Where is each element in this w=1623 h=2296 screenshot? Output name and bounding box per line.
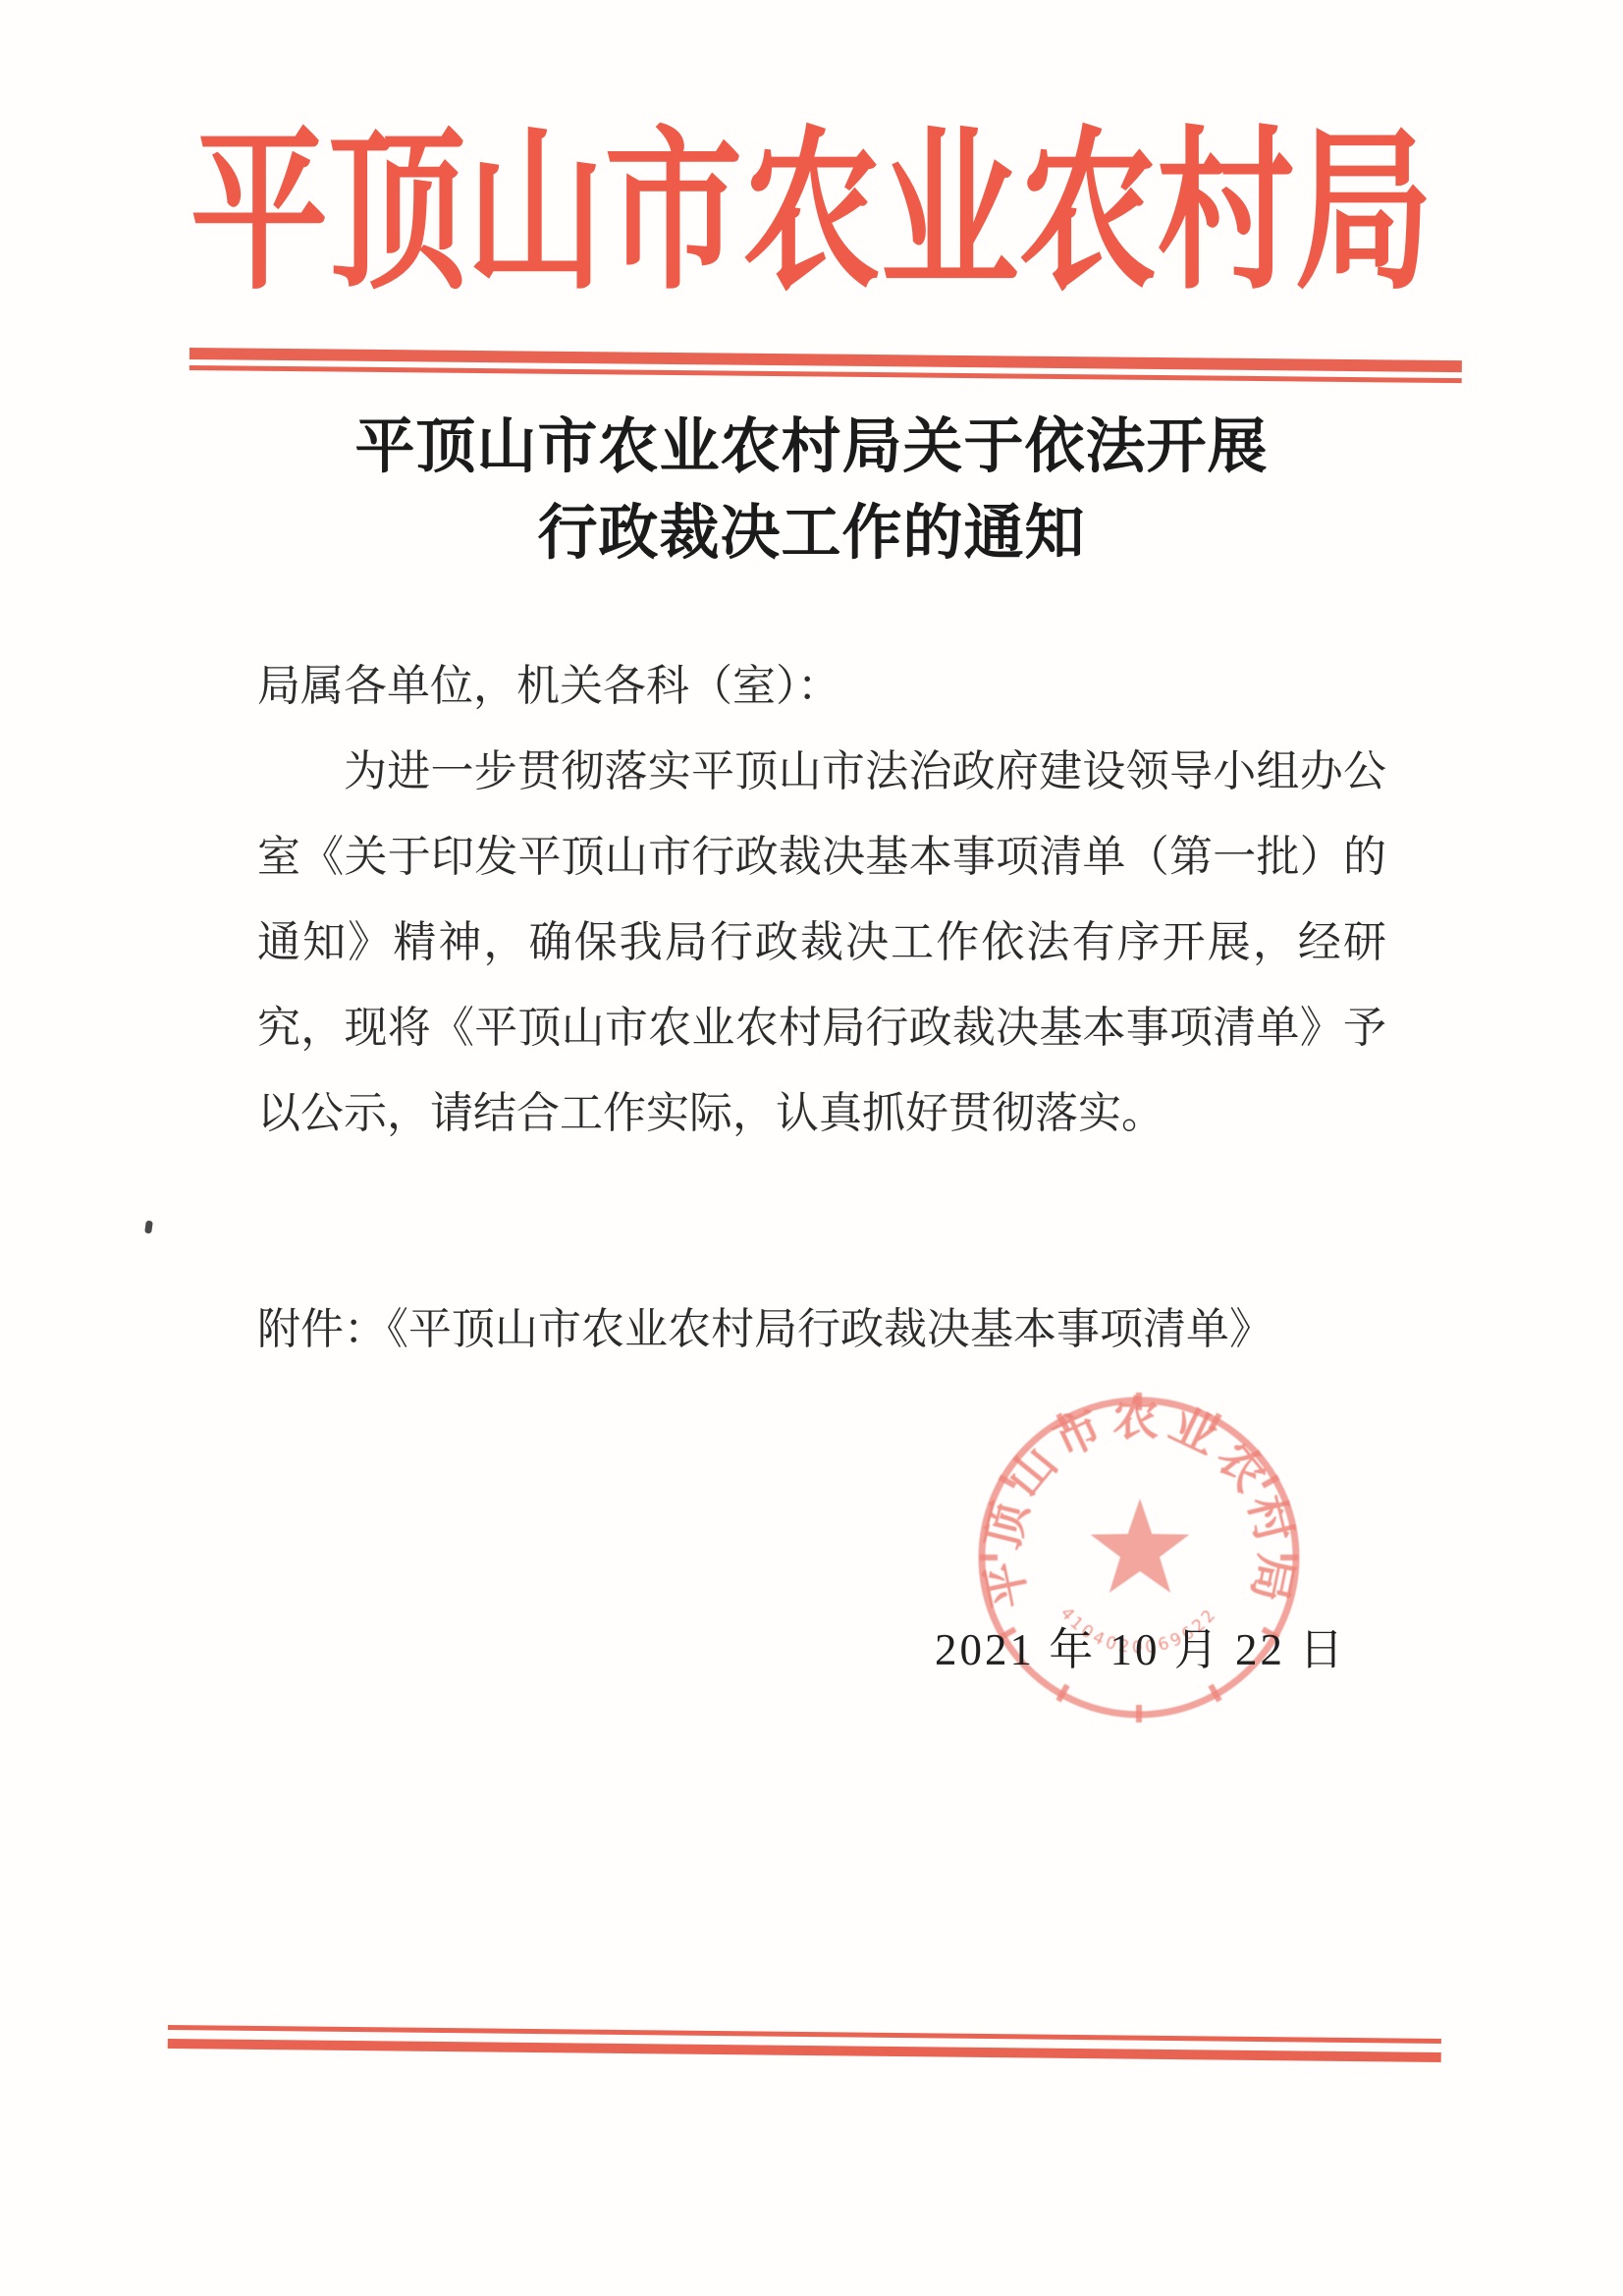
letterhead-title: 平顶山市农业农村局 bbox=[171, 110, 1453, 316]
body-text: 局属各单位，机关各科（室）： 为进一步贯彻落实平顶山市法治政府建设领导小组办公室… bbox=[257, 643, 1386, 1156]
document-title: 平顶山市农业农村局关于依法开展 行政裁决工作的通知 bbox=[0, 405, 1623, 577]
footer-divider bbox=[168, 2025, 1441, 2062]
document-page: 平顶山市农业农村局 平顶山市农业农村局关于依法开展 行政裁决工作的通知 局属各单… bbox=[0, 0, 1623, 2296]
header-divider bbox=[189, 348, 1462, 383]
seal-star-icon bbox=[1091, 1499, 1190, 1593]
issue-date: 2021 年 10 月 22 日 bbox=[935, 1608, 1346, 1693]
document-title-line1: 平顶山市农业农村局关于依法开展 bbox=[0, 405, 1623, 491]
ink-speck bbox=[144, 1221, 153, 1234]
body-paragraph: 为进一步贯彻落实平顶山市法治政府建设领导小组办公室《关于印发平顶山市行政裁决基本… bbox=[257, 729, 1386, 1156]
attachment-note: 附件：《平顶山市农业农村局行政裁决基本事项清单》 bbox=[257, 1286, 1435, 1372]
document-title-line2: 行政裁决工作的通知 bbox=[0, 491, 1623, 577]
salutation-line: 局属各单位，机关各科（室）： bbox=[257, 643, 1386, 729]
